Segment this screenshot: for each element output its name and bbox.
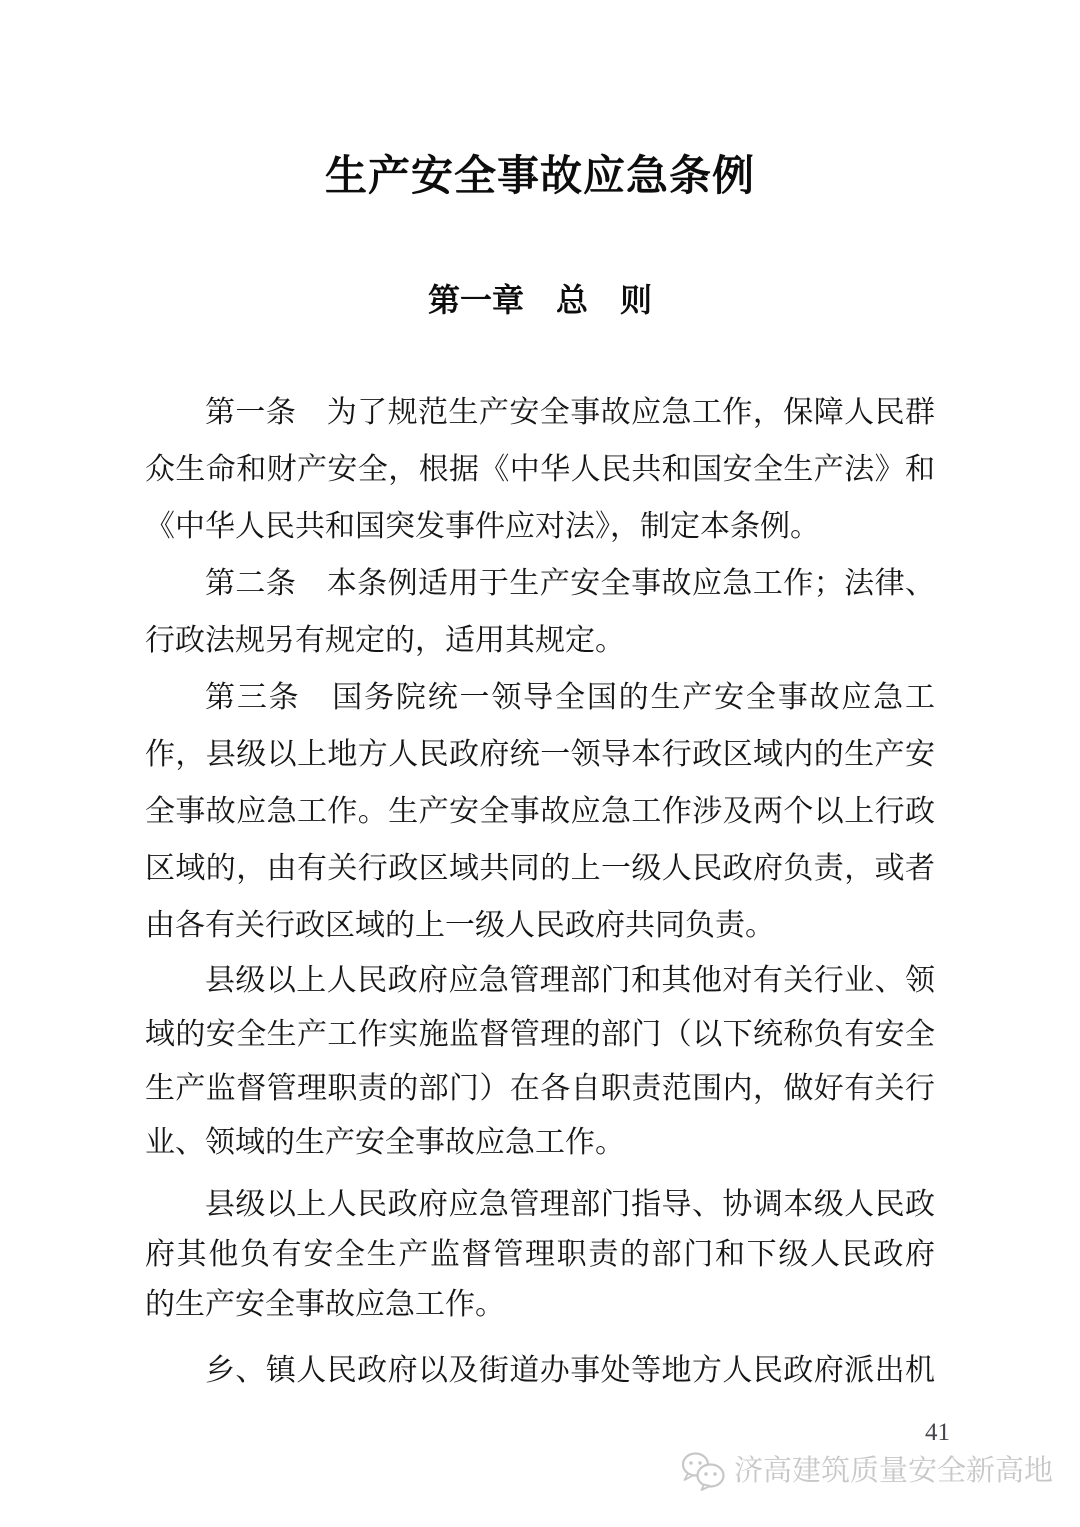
text-line: 乡、镇人民政府以及街道办事处等地方人民政府派出机 (145, 1346, 935, 1396)
text-line: 第一条 为了规范生产安全事故应急工作，保障人民群 (145, 384, 935, 441)
text-line: 域的安全生产工作实施监督管理的部门（以下统称负有安全 (145, 1008, 935, 1062)
text-line: 县级以上人民政府应急管理部门指导、协调本级人民政 (145, 1180, 935, 1230)
text-line: 县级以上人民政府应急管理部门和其他对有关行业、领 (145, 954, 935, 1008)
text-line: 生产监督管理职责的部门）在各自职责范围内，做好有关行 (145, 1062, 935, 1116)
text-line: 区域的，由有关行政区域共同的上一级人民政府负责，或者 (145, 840, 935, 897)
document-body: 第一条 为了规范生产安全事故应急工作，保障人民群众生命和财产安全，根据《中华人民… (145, 384, 935, 1396)
document-content: 生产安全事故应急条例 第一章 总 则 第一条 为了规范生产安全事故应急工作，保障… (145, 0, 935, 1396)
text-line: 府其他负有安全生产监督管理职责的部门和下级人民政府 (145, 1230, 935, 1280)
paragraph-article-3-clause-4: 乡、镇人民政府以及街道办事处等地方人民政府派出机 (145, 1346, 935, 1396)
document-page: 生产安全事故应急条例 第一章 总 则 第一条 为了规范生产安全事故应急工作，保障… (0, 0, 1080, 1527)
chapter-heading: 第一章 总 则 (145, 282, 935, 318)
watermark-text: 济高建筑质量安全新高地 (734, 1448, 1053, 1494)
wechat-icon (679, 1451, 725, 1491)
text-line: 的生产安全事故应急工作。 (145, 1280, 935, 1330)
text-line: 第三条 国务院统一领导全国的生产安全事故应急工 (145, 669, 935, 726)
text-line: 作，县级以上地方人民政府统一领导本行政区域内的生产安 (145, 726, 935, 783)
watermark: 济高建筑质量安全新高地 (679, 1448, 1053, 1494)
document-title: 生产安全事故应急条例 (145, 152, 935, 202)
text-line: 全事故应急工作。生产安全事故应急工作涉及两个以上行政 (145, 783, 935, 840)
paragraph-article-3-clause-1: 第三条 国务院统一领导全国的生产安全事故应急工作，县级以上地方人民政府统一领导本… (145, 669, 935, 954)
text-line: 由各有关行政区域的上一级人民政府共同负责。 (145, 897, 935, 954)
text-line: 业、领域的生产安全事故应急工作。 (145, 1116, 935, 1170)
page-number: 41 (925, 1419, 950, 1447)
text-line: 行政法规另有规定的，适用其规定。 (145, 612, 935, 669)
text-line: 第二条 本条例适用于生产安全事故应急工作；法律、 (145, 555, 935, 612)
paragraph-article-1: 第一条 为了规范生产安全事故应急工作，保障人民群众生命和财产安全，根据《中华人民… (145, 384, 935, 555)
paragraph-article-3-clause-2: 县级以上人民政府应急管理部门和其他对有关行业、领域的安全生产工作实施监督管理的部… (145, 954, 935, 1170)
text-line: 众生命和财产安全，根据《中华人民共和国安全生产法》和 (145, 441, 935, 498)
paragraph-article-2: 第二条 本条例适用于生产安全事故应急工作；法律、行政法规另有规定的，适用其规定。 (145, 555, 935, 669)
paragraph-article-3-clause-3: 县级以上人民政府应急管理部门指导、协调本级人民政府其他负有安全生产监督管理职责的… (145, 1180, 935, 1330)
text-line: 《中华人民共和国突发事件应对法》，制定本条例。 (145, 498, 935, 555)
